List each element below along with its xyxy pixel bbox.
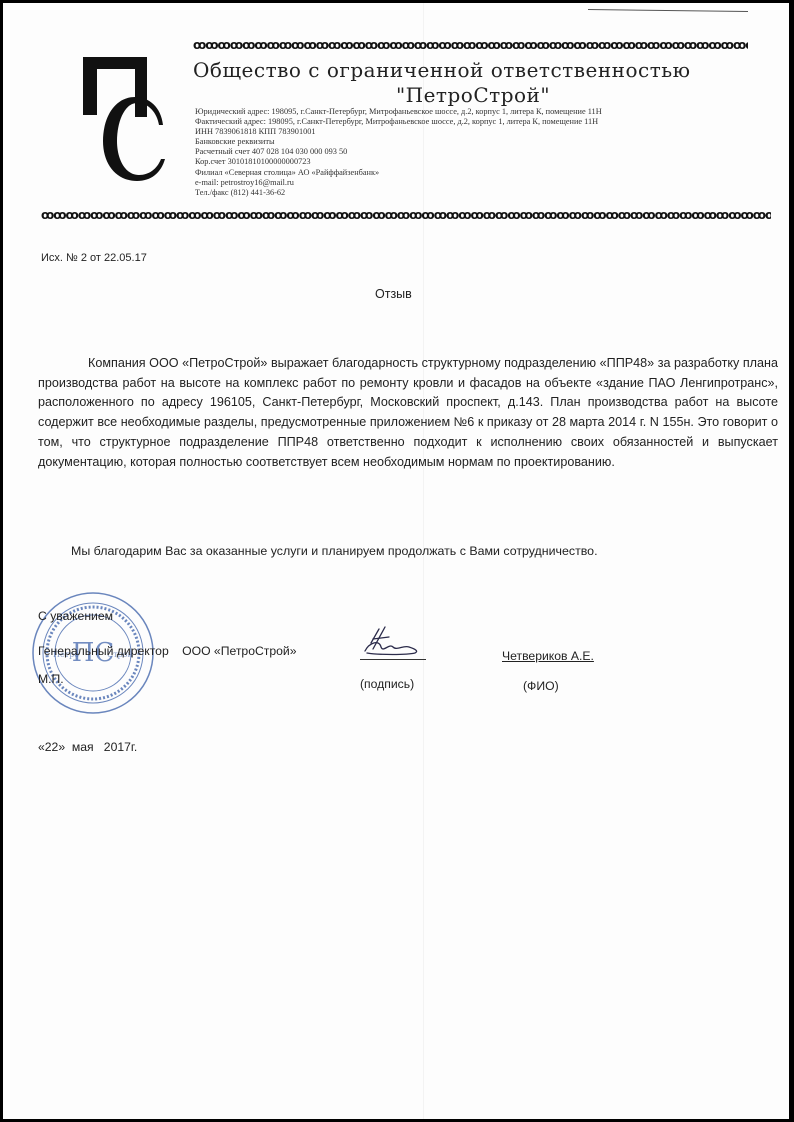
document-body: Компания ООО «ПетроСтрой» выражает благо… xyxy=(38,354,778,472)
bank-details-label: Банковские реквизиты xyxy=(195,137,695,147)
signature-line xyxy=(360,659,426,660)
scan-artifact-line xyxy=(588,9,748,12)
letterhead-ornament-bottom: ꝏꝏꝏꝏꝏꝏꝏꝏꝏꝏꝏꝏꝏꝏꝏꝏꝏꝏꝏꝏꝏꝏꝏꝏꝏꝏꝏꝏꝏꝏꝏꝏꝏꝏꝏꝏꝏꝏꝏꝏ… xyxy=(41,209,771,221)
signer-company: ООО «ПетроСтрой» xyxy=(182,644,296,658)
letterhead-ornament-top: ꝏꝏꝏꝏꝏꝏꝏꝏꝏꝏꝏꝏꝏꝏꝏꝏꝏꝏꝏꝏꝏꝏꝏꝏꝏꝏꝏꝏꝏꝏꝏꝏꝏꝏꝏꝏꝏꝏꝏꝏ… xyxy=(193,39,748,51)
signer-position: Генеральный директор ООО «ПетроСтрой» xyxy=(38,644,297,658)
position-title: Генеральный директор xyxy=(38,644,169,658)
company-requisites: Юридический адрес: 198095, г.Санкт-Петер… xyxy=(195,107,695,198)
body-paragraph: Компания ООО «ПетроСтрой» выражает благо… xyxy=(38,354,778,472)
handwritten-signature-icon xyxy=(359,625,429,661)
seal-place-label: М.П. xyxy=(38,672,64,686)
inn-kpp: ИНН 7839061818 КПП 783901001 xyxy=(195,127,695,137)
name-caption: (ФИО) xyxy=(523,679,559,693)
organization-brand-name: "ПетроСтрой" xyxy=(193,83,753,107)
signer-name: Четвериков А.Е. xyxy=(502,649,594,663)
phone-fax: Тел./факс (812) 441-36-62 xyxy=(195,188,695,198)
legal-address: Юридический адрес: 198095, г.Санкт-Петер… xyxy=(195,107,695,117)
closing-regards: С уважением xyxy=(38,609,113,623)
correspondent-account: Кор.счет 30101810100000000723 xyxy=(195,157,695,167)
signature-caption: (подпись) xyxy=(360,677,414,691)
thanks-paragraph: Мы благодарим Вас за оказанные услуги и … xyxy=(71,544,771,558)
company-logo-icon xyxy=(75,55,175,185)
organization-name: Общество с ограниченной ответственностью xyxy=(193,58,773,82)
bank-branch: Филиал «Северная столица» АО «Райффайзен… xyxy=(195,168,695,178)
scanned-letter-page: ꝏꝏꝏꝏꝏꝏꝏꝏꝏꝏꝏꝏꝏꝏꝏꝏꝏꝏꝏꝏꝏꝏꝏꝏꝏꝏꝏꝏꝏꝏꝏꝏꝏꝏꝏꝏꝏꝏꝏꝏ… xyxy=(3,3,789,1119)
email: e-mail: petrostroy16@mail.ru xyxy=(195,178,695,188)
letter-date: «22» мая 2017г. xyxy=(38,740,137,754)
settlement-account: Расчетный счет 407 028 104 030 000 093 5… xyxy=(195,147,695,157)
outgoing-reference: Исх. № 2 от 22.05.17 xyxy=(41,252,147,264)
actual-address: Фактический адрес: 198095, г.Санкт-Петер… xyxy=(195,117,695,127)
document-title: Отзыв xyxy=(375,287,412,301)
